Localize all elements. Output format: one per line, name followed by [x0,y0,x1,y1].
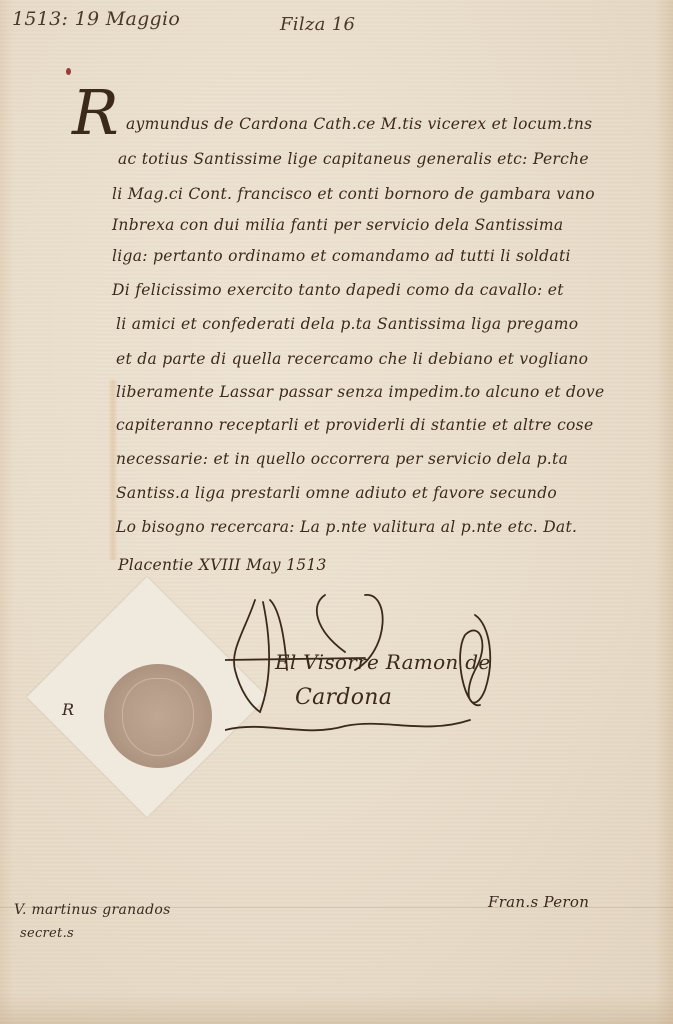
body-line-8: et da parte di quella recercamo che li d… [116,350,588,368]
signature-line-2: Cardona [295,685,392,710]
body-line-10: capiteranno receptarli et providerli di … [116,416,593,434]
body-line-11: necessarie: et in quello occorrera per s… [116,450,568,468]
body-line-5: liga: pertanto ordinamo et comandamo ad … [112,247,571,265]
date-annotation: 1513: 19 Maggio [12,8,180,30]
manuscript-page: 1513: 19 Maggio Filza 16 R aymundus de C… [0,0,673,1024]
peron-signature: Fran.s Peron [488,893,589,911]
wax-seal [104,664,212,768]
filza-annotation: Filza 16 [280,14,355,35]
decorated-initial: R [72,76,119,149]
body-line-12: Santiss.a liga prestarli omne adiuto et … [116,484,557,502]
body-line-1: aymundus de Cardona Cath.ce M.tis vicere… [126,115,592,133]
body-line-14: Placentie XVIII May 1513 [118,556,327,574]
body-line-6: Di felicissimo exercito tanto dapedi com… [112,281,564,299]
body-line-9: liberamente Lassar passar senza impedim.… [116,383,604,401]
body-line-13: Lo bisogno recercara: La p.nte valitura … [116,518,577,536]
viceroy-signature: El Visorre Ramon de Cardona [225,590,545,740]
secretary-title: secret.s [20,926,74,941]
body-line-7: li amici et confederati dela p.ta Santis… [116,315,578,333]
red-ink-dot [66,68,71,75]
body-line-2: ac totius Santissime lige capitaneus gen… [118,150,589,168]
seal-mark: R [62,700,74,719]
body-line-3: li Mag.ci Cont. francisco et conti borno… [112,185,595,203]
signature-line-1: El Visorre Ramon de [275,650,491,674]
body-line-4: Inbrexa con dui milia fanti per servicio… [112,216,563,234]
seal-shield-impression [122,678,194,756]
secretary-signature: V. martinus granados [14,902,171,918]
